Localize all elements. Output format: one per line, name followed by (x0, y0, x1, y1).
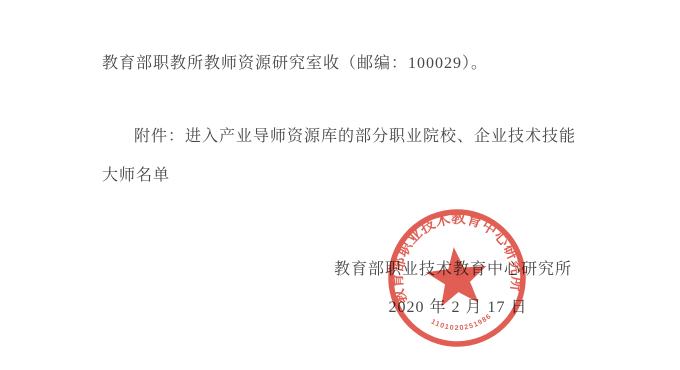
attachment-line-1: 附件：进入产业导师资源库的部分职业院校、企业技术技能 (134, 127, 576, 147)
seal-code: 1101020251986 (429, 312, 494, 335)
document-page: 教育部职教所教师资源研究室收（邮编：100029）。 附件：进入产业导师资源库的… (0, 0, 680, 370)
recipient-line: 教育部职教所教师资源研究室收（邮编：100029）。 (102, 54, 488, 74)
seal-star-icon (424, 244, 491, 308)
attachment-line-2: 大师名单 (102, 166, 170, 186)
official-seal: 教育部职业技术教育中心研究所 1101020251986 (382, 203, 532, 353)
seal-code-arc-text: 1101020251986 (429, 312, 494, 335)
